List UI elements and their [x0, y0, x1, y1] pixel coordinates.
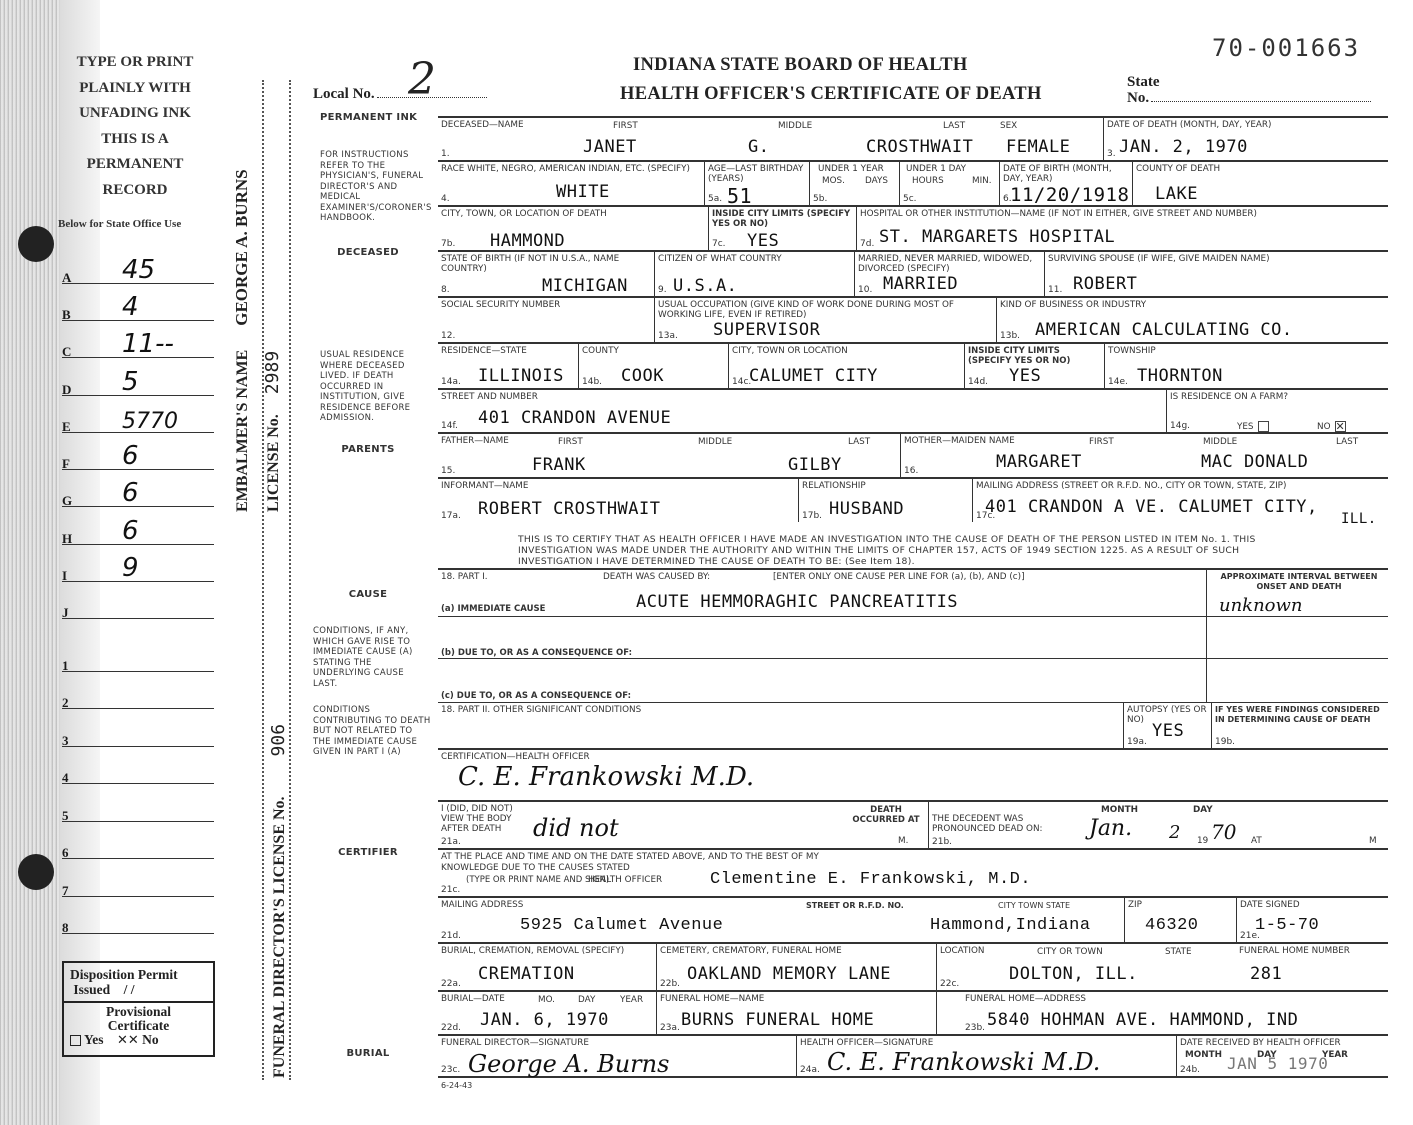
print-instructions: TYPE OR PRINT PLAINLY WITH UNFADING INK … [60, 50, 210, 203]
burial-method-field[interactable]: BURIAL, CREMATION, REMOVAL (SPECIFY) 22a… [438, 944, 656, 990]
ssn-field[interactable]: SOCIAL SECURITY NUMBER 12. [438, 298, 654, 342]
informant-address-field[interactable]: MAILING ADDRESS (STREET OR R.F.D. NO., C… [972, 479, 1388, 522]
row-officer-address: MAILING ADDRESS STREET OR R.F.D. NO. 21d… [438, 896, 1388, 942]
disposition-permit-box: Disposition Permit Issued / / Provisiona… [62, 961, 215, 1057]
stub-line-e[interactable]: E5770 [62, 411, 214, 433]
stub-line-6[interactable]: 6 [62, 837, 214, 859]
section-cause: CAUSE [313, 590, 423, 601]
birth-state-field[interactable]: STATE OF BIRTH (IF NOT IN U.S.A., NAME C… [438, 252, 654, 296]
stub-line-d[interactable]: D5 [62, 374, 214, 396]
officer-burial-signature-field[interactable]: HEALTH OFFICER—SIGNATURE 24a. C. E. Fran… [796, 1036, 1176, 1076]
residence-state-field[interactable]: RESIDENCE—STATE 14a. ILLINOIS [438, 344, 578, 388]
row-signatures: FUNERAL DIRECTOR—SIGNATURE 23c. George A… [438, 1034, 1388, 1078]
mother-name-field[interactable]: MOTHER—MAIDEN NAME FIRST MIDDLE LAST 16.… [900, 434, 1388, 477]
under-1-day-field[interactable]: UNDER 1 DAY HOURS MIN. 5c. [899, 162, 999, 205]
farm-yes-checkbox[interactable] [1258, 421, 1269, 432]
pronounced-dead-field[interactable]: THE DECEDENT WAS PRONOUNCED DEAD ON: MON… [928, 802, 1388, 848]
first-name-value: JANET [583, 137, 637, 157]
form-code: 6-24-43 [441, 1081, 472, 1090]
funeral-director-license-field[interactable]: FUNERAL DIRECTOR'S LICENSE No. 906 [268, 724, 289, 1078]
section-deceased: DECEASED [313, 248, 423, 259]
inside-city-limits-field[interactable]: INSIDE CITY LIMITS (SPECIFY YES OR NO) 7… [708, 207, 856, 250]
stub-line-g[interactable]: G6 [62, 485, 214, 507]
stub-line-7[interactable]: 7 [62, 875, 214, 897]
certification-statement: THIS IS TO CERTIFY THAT AS HEALTH OFFICE… [518, 534, 1298, 567]
punch-hole [18, 854, 54, 890]
date-of-death-field[interactable]: DATE OF DEATH (MONTH, DAY, YEAR) 3. JAN.… [1103, 118, 1388, 160]
middle-name-value: G. [748, 137, 769, 157]
row-part-two: 18. PART II. OTHER SIGNIFICANT CONDITION… [438, 702, 1388, 748]
section-certifier: CERTIFIER [313, 848, 423, 859]
row-race-age: RACE WHITE, NEGRO, AMERICAN INDIAN, ETC.… [438, 160, 1388, 205]
contributing-label: CONDITIONS CONTRIBUTING TO DEATH BUT NOT… [313, 705, 431, 758]
burial-date-field[interactable]: BURIAL—DATE MO. DAY YEAR 22d. JAN. 6, 19… [438, 992, 656, 1034]
residence-county-field[interactable]: COUNTY 14b. COOK [578, 344, 728, 388]
permanent-ink-label: PERMANENT INK [320, 113, 430, 124]
race-field[interactable]: RACE WHITE, NEGRO, AMERICAN INDIAN, ETC.… [438, 162, 573, 205]
row-occupation: SOCIAL SECURITY NUMBER 12. USUAL OCCUPAT… [438, 296, 1388, 342]
onset-interval-field[interactable]: APPROXIMATE INTERVAL BETWEEN ONSET AND D… [1206, 570, 1388, 616]
row-birth-marital: STATE OF BIRTH (IF NOT IN U.S.A., NAME C… [438, 250, 1388, 296]
date-signed-field[interactable]: DATE SIGNED 21e. 1-5-70 [1236, 898, 1388, 942]
row-disposition: BURIAL, CREMATION, REMOVAL (SPECIFY) 22a… [438, 942, 1388, 990]
death-occurred-at-field[interactable]: DEATH OCCURRED AT M. [818, 802, 928, 848]
row-certification-text: THIS IS TO CERTIFY THAT AS HEALTH OFFICE… [438, 522, 1388, 568]
row-parents: FATHER—NAME FIRST MIDDLE LAST 15. FRANK … [438, 432, 1388, 477]
row-informant: INFORMANT—NAME 17a. ROBERT CROSTHWAIT RE… [438, 477, 1388, 522]
state-office-stub: TYPE OR PRINT PLAINLY WITH UNFADING INK … [0, 0, 290, 1125]
hospital-field[interactable]: HOSPITAL OR OTHER INSTITUTION—NAME (IF N… [856, 207, 1388, 250]
row-funeral-home: BURIAL—DATE MO. DAY YEAR 22d. JAN. 6, 19… [438, 990, 1388, 1034]
age-field[interactable]: AGE—LAST BIRTHDAY (YEARS) 5a. 51 [704, 162, 809, 205]
embalmer-license-field[interactable]: LICENSE No. 2989 [262, 351, 283, 512]
stub-line-5[interactable]: 5 [62, 800, 214, 822]
residence-inside-limits-field[interactable]: INSIDE CITY LIMITS (SPECIFY YES OR NO) 1… [964, 344, 1104, 388]
row-cause-b: (b) DUE TO, OR AS A CONSEQUENCE OF: [438, 616, 1388, 658]
officer-zip-field[interactable]: ZIP 46320 [1124, 898, 1236, 942]
due-to-b-interval[interactable] [1206, 617, 1388, 658]
view-body-field[interactable]: I (DID, DID NOT) VIEW THE BODY AFTER DEA… [438, 802, 818, 848]
citizenship-field[interactable]: CITIZEN OF WHAT COUNTRY 9. U.S.A. [654, 252, 854, 296]
health-officer-signature-field[interactable]: CERTIFICATION—HEALTH OFFICER C. E. Frank… [438, 750, 1388, 800]
funeral-home-address-field[interactable]: FUNERAL HOME—ADDRESS 23b. 5840 HOHMAN AV… [936, 992, 1388, 1034]
row-view-body: I (DID, DID NOT) VIEW THE BODY AFTER DEA… [438, 800, 1388, 848]
punch-hole [18, 226, 54, 262]
section-burial: BURIAL [313, 1049, 423, 1060]
under-1-year-field[interactable]: UNDER 1 YEAR MOS. DAYS 5b. [809, 162, 899, 205]
burial-location-field[interactable]: LOCATION CITY OR TOWN STATE 22c. DOLTON,… [936, 944, 1236, 990]
immediate-cause-field[interactable]: 18. PART I. DEATH WAS CAUSED BY: [ENTER … [438, 570, 1206, 616]
instructions-label: FOR INSTRUCTIONS REFER TO THE PHYSICIAN'… [320, 150, 432, 224]
officer-street-field[interactable]: MAILING ADDRESS STREET OR R.F.D. NO. 21d… [438, 898, 928, 942]
dotted-rule [289, 80, 291, 1080]
state-office-label: Below for State Office Use [58, 218, 181, 230]
due-to-b-field[interactable]: (b) DUE TO, OR AS A CONSEQUENCE OF: [438, 617, 1206, 658]
sex-field[interactable]: SEX FEMALE [998, 118, 1103, 160]
stub-line-8[interactable]: 8 [62, 912, 214, 934]
last-name-value: CROSTHWAIT [866, 137, 973, 157]
row-cause-c: (c) DUE TO, OR AS A CONSEQUENCE OF: [438, 658, 1388, 702]
stub-line-c[interactable]: C11-- [62, 336, 214, 358]
health-officer-name-field[interactable]: AT THE PLACE AND TIME AND ON THE DATE ST… [438, 850, 1388, 896]
provisional-yes-checkbox[interactable] [70, 1035, 81, 1046]
state-number: State No. [1127, 74, 1371, 106]
row-street: STREET AND NUMBER 14f. 401 CRANDON AVENU… [438, 388, 1388, 432]
city-of-death-field[interactable]: CITY, TOWN, OR LOCATION OF DEATH 7b. HAM… [438, 207, 708, 250]
local-number: Local No. 2 [313, 86, 487, 103]
officer-city-field[interactable]: CITY TOWN STATE Hammond,Indiana [928, 898, 1124, 942]
stub-line-h[interactable]: H6 [62, 523, 214, 545]
row-cert-signature: CERTIFICATION—HEALTH OFFICER C. E. Frank… [438, 748, 1388, 800]
marital-status-field[interactable]: MARRIED, NEVER MARRIED, WIDOWED, DIVORCE… [854, 252, 1044, 296]
conditions-label: CONDITIONS, IF ANY, WHICH GAVE RISE TO I… [313, 626, 431, 689]
due-to-c-field[interactable]: (c) DUE TO, OR AS A CONSEQUENCE OF: [438, 659, 1206, 702]
date-of-birth-field[interactable]: DATE OF BIRTH (MONTH, DAY, YEAR) 6. 11/2… [999, 162, 1132, 205]
date-received-field[interactable]: DATE RECEIVED BY HEALTH OFFICER MONTH DA… [1176, 1036, 1388, 1076]
dotted-rule [262, 80, 264, 1080]
other-conditions-field[interactable]: 18. PART II. OTHER SIGNIFICANT CONDITION… [438, 703, 1123, 748]
stub-line-1[interactable]: 1 [62, 650, 214, 672]
autopsy-field[interactable]: AUTOPSY (YES OR NO) 19a. YES [1123, 703, 1211, 748]
stub-line-3[interactable]: 3 [62, 725, 214, 747]
usual-residence-label: USUAL RESIDENCE WHERE DECEASED LIVED. IF… [320, 350, 432, 424]
section-parents: PARENTS [313, 445, 423, 456]
certificate-number: 70-001663 [1212, 34, 1360, 62]
informant-name-field[interactable]: INFORMANT—NAME 17a. ROBERT CROSTHWAIT [438, 479, 798, 522]
provisional-no-checkbox-checked[interactable]: ✕✕ [117, 1033, 139, 1048]
occupation-field[interactable]: USUAL OCCUPATION (GIVE KIND OF WORK DONE… [654, 298, 996, 342]
certificate-title: HEALTH OFFICER'S CERTIFICATE OF DEATH [620, 84, 1042, 105]
county-of-death-field[interactable]: COUNTY OF DEATH LAKE [1132, 162, 1388, 205]
stub-line-i[interactable]: I9 [62, 560, 214, 582]
funeral-home-number-field[interactable]: FUNERAL HOME NUMBER 281 [1236, 944, 1388, 990]
township-field[interactable]: TOWNSHIP 14e. THORNTON [1104, 344, 1388, 388]
stub-line-j[interactable]: J [62, 597, 214, 619]
row-place-of-death: CITY, TOWN, OR LOCATION OF DEATH 7b. HAM… [438, 205, 1388, 250]
stub-line-4[interactable]: 4 [62, 762, 214, 784]
embalmer-name-field[interactable]: EMBALMER'S NAME GEORGE A. BURNS [232, 169, 252, 512]
autopsy-findings-field[interactable]: IF YES WERE FINDINGS CONSIDERED IN DETER… [1211, 703, 1388, 748]
stub-line-a[interactable]: A45 [62, 262, 214, 284]
farm-field: IS RESIDENCE ON A FARM? 14g. YES NO✕ [1166, 390, 1388, 432]
row-cause-a: 18. PART I. DEATH WAS CAUSED BY: [ENTER … [438, 568, 1388, 616]
board-title: INDIANA STATE BOARD OF HEALTH [633, 55, 968, 76]
farm-no-checkbox-checked[interactable]: ✕ [1335, 421, 1346, 432]
residence-city-field[interactable]: CITY, TOWN OR LOCATION 14c. CALUMET CITY [728, 344, 964, 388]
row-name: DECEASED—NAME FIRST MIDDLE LAST 1. JANET… [438, 116, 1388, 160]
due-to-c-interval[interactable] [1206, 659, 1388, 702]
stub-line-f[interactable]: F6 [62, 448, 214, 470]
relationship-field[interactable]: RELATIONSHIP 17b. HUSBAND [798, 479, 972, 522]
row-officer-name: AT THE PLACE AND TIME AND ON THE DATE ST… [438, 848, 1388, 896]
stub-line-b[interactable]: B4 [62, 299, 214, 321]
cemetery-field[interactable]: CEMETERY, CREMATORY, FUNERAL HOME 22b. O… [656, 944, 936, 990]
funeral-home-name-field[interactable]: FUNERAL HOME—NAME 23a. BURNS FUNERAL HOM… [656, 992, 936, 1034]
stub-line-2[interactable]: 2 [62, 687, 214, 709]
surviving-spouse-field[interactable]: SURVIVING SPOUSE (IF WIFE, GIVE MAIDEN N… [1044, 252, 1388, 296]
residence-street-field[interactable]: STREET AND NUMBER 14f. 401 CRANDON AVENU… [438, 390, 1166, 432]
funeral-director-signature-field[interactable]: FUNERAL DIRECTOR—SIGNATURE 23c. George A… [438, 1036, 796, 1076]
scan-edge [0, 0, 60, 1125]
industry-field[interactable]: KIND OF BUSINESS OR INDUSTRY 13b. AMERIC… [996, 298, 1388, 342]
father-name-field[interactable]: FATHER—NAME FIRST MIDDLE LAST 15. FRANK … [438, 434, 900, 477]
row-residence: RESIDENCE—STATE 14a. ILLINOIS COUNTY 14b… [438, 342, 1388, 388]
